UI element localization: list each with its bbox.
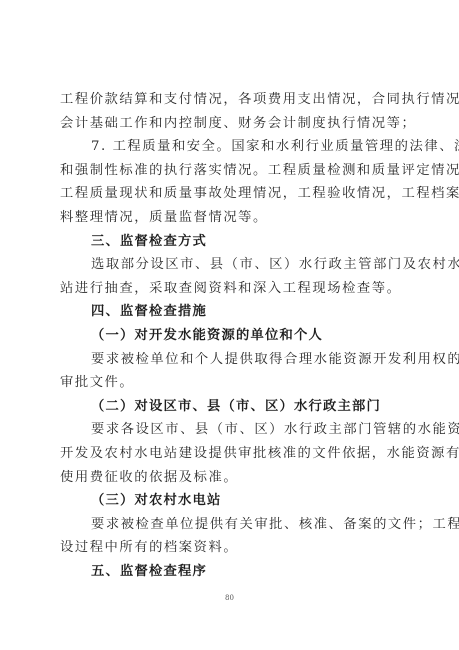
page-number: 80 <box>0 594 459 602</box>
paragraph-line: 和强制性标准的执行落实情况。工程质量检测和质量评定情况， <box>60 159 404 183</box>
paragraph-line: 审批文件。 <box>60 371 404 395</box>
paragraph-line: 工程质量现状和质量事故处理情况，工程验收情况，工程档案资 <box>60 182 404 206</box>
paragraph-line: 开发及农村水电站建设提供审批核准的文件依据，水能资源有偿 <box>60 442 404 466</box>
paragraph-line: 使用费征收的依据及标准。 <box>60 466 404 490</box>
section-heading-method: 三、监督检查方式 <box>60 230 404 254</box>
paragraph-line: 选取部分设区市、县（市、区）水行政主管部门及农村水电 <box>60 253 404 277</box>
section-heading-procedure: 五、监督检查程序 <box>60 560 404 584</box>
paragraph-line: 要求各设区市、县（市、区）水行政主部门管辖的水能资源 <box>60 418 404 442</box>
subheading-developers: （一）对开发水能资源的单位和个人 <box>60 324 404 348</box>
paragraph-line: 工程价款结算和支付情况，各项费用支出情况，合同执行情况， <box>60 88 404 112</box>
paragraph-line: 要求被检查单位提供有关审批、核准、备案的文件；工程建 <box>60 513 404 537</box>
paragraph-line: 要求被检单位和个人提供取得合理水能资源开发利用权的 <box>60 348 404 372</box>
subheading-rural-hydropower: （三）对农村水电站 <box>60 489 404 513</box>
paragraph-line: 料整理情况，质量监督情况等。 <box>60 206 404 230</box>
subheading-water-authorities: （二）对设区市、县（市、区）水行政主部门 <box>60 395 404 419</box>
paragraph-line: 7. 工程质量和安全。国家和水利行业质量管理的法律、法规 <box>60 135 404 159</box>
body-text: 工程价款结算和支付情况，各项费用支出情况，合同执行情况， 会计基础工作和内控制度… <box>60 88 404 583</box>
paragraph-line: 设过程中所有的档案资料。 <box>60 536 404 560</box>
section-heading-measures: 四、监督检查措施 <box>60 300 404 324</box>
paragraph-line: 会计基础工作和内控制度、财务会计制度执行情况等； <box>60 112 404 136</box>
paragraph-line: 站进行抽查，采取查阅资料和深入工程现场检查等。 <box>60 277 404 301</box>
document-page: 工程价款结算和支付情况，各项费用支出情况，合同执行情况， 会计基础工作和内控制度… <box>0 0 459 650</box>
